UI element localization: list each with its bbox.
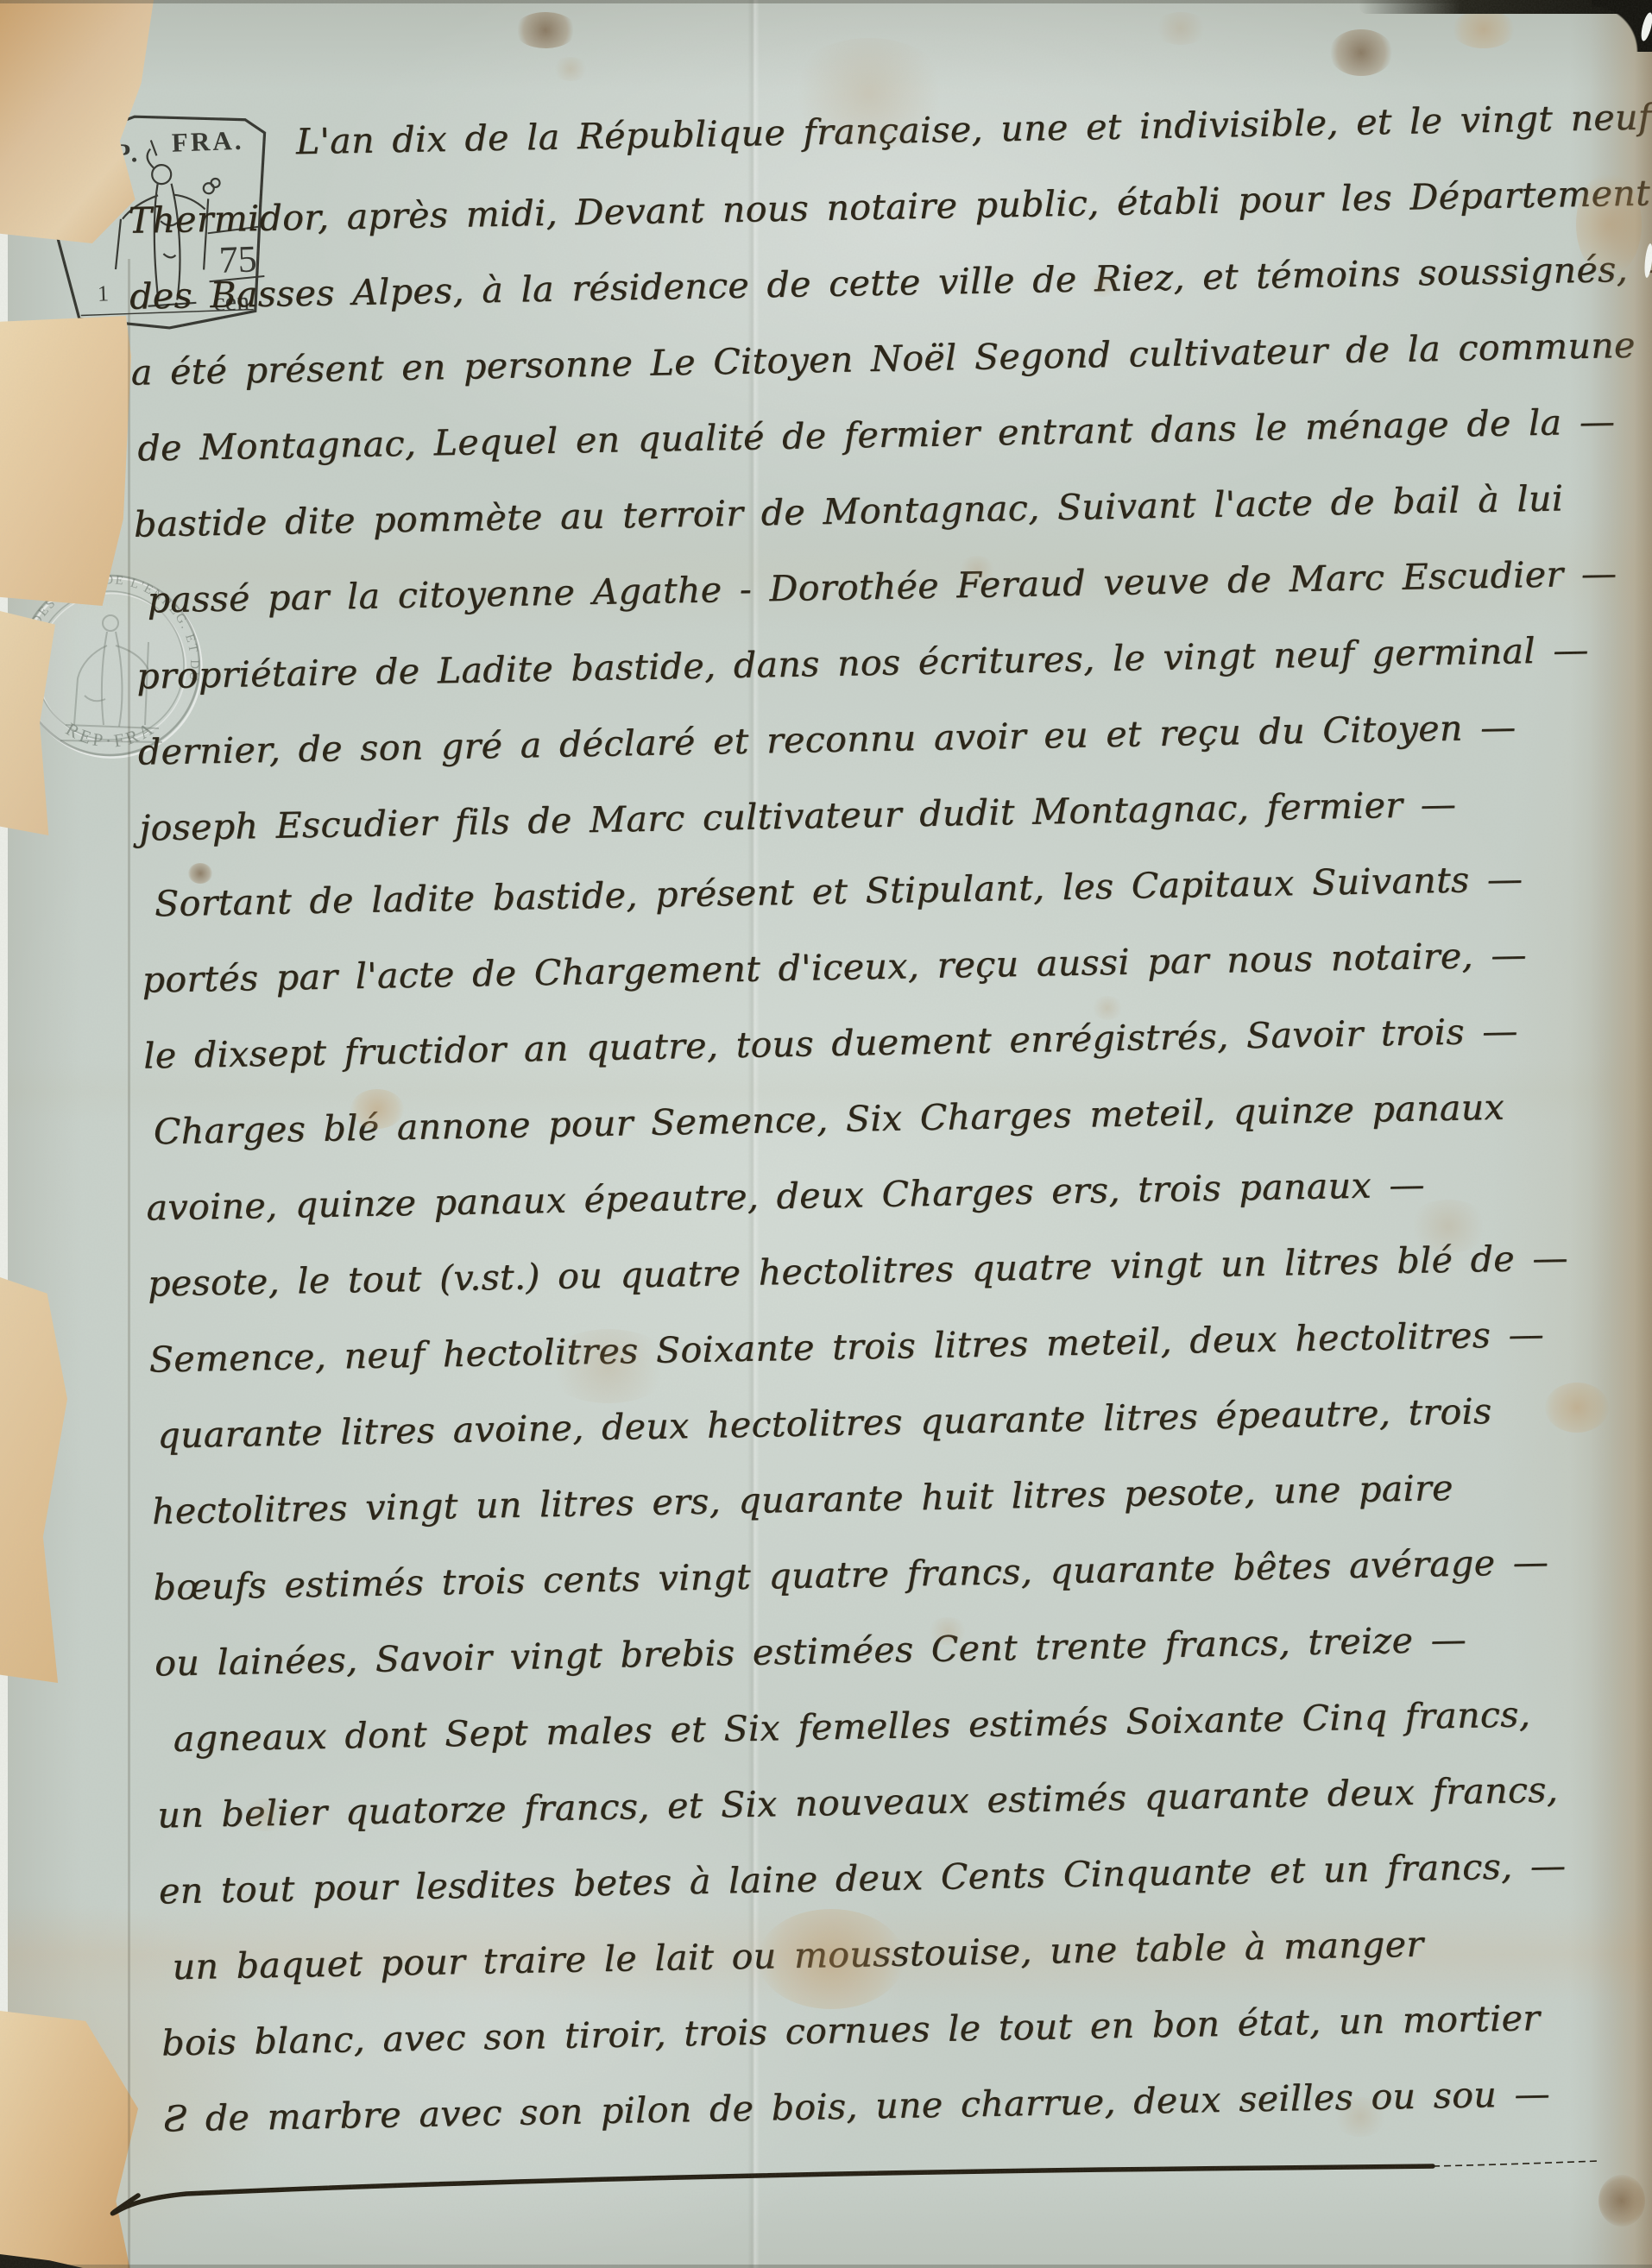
left-fold-line — [128, 259, 130, 2268]
bottom-edge-shadow — [0, 2265, 1652, 2268]
scanned-manuscript-page: ADM. DES DOM. DE L'ENREG. ET DU TIMBRE R… — [0, 0, 1652, 2268]
manuscript-text: L'an dix de la République française, une… — [126, 76, 1652, 2153]
pen-flourish-rule — [83, 2145, 1636, 2240]
worn-right-edge — [1590, 0, 1652, 2268]
stamp-tick: 1 — [97, 280, 109, 306]
torn-paper-patch — [0, 316, 131, 606]
